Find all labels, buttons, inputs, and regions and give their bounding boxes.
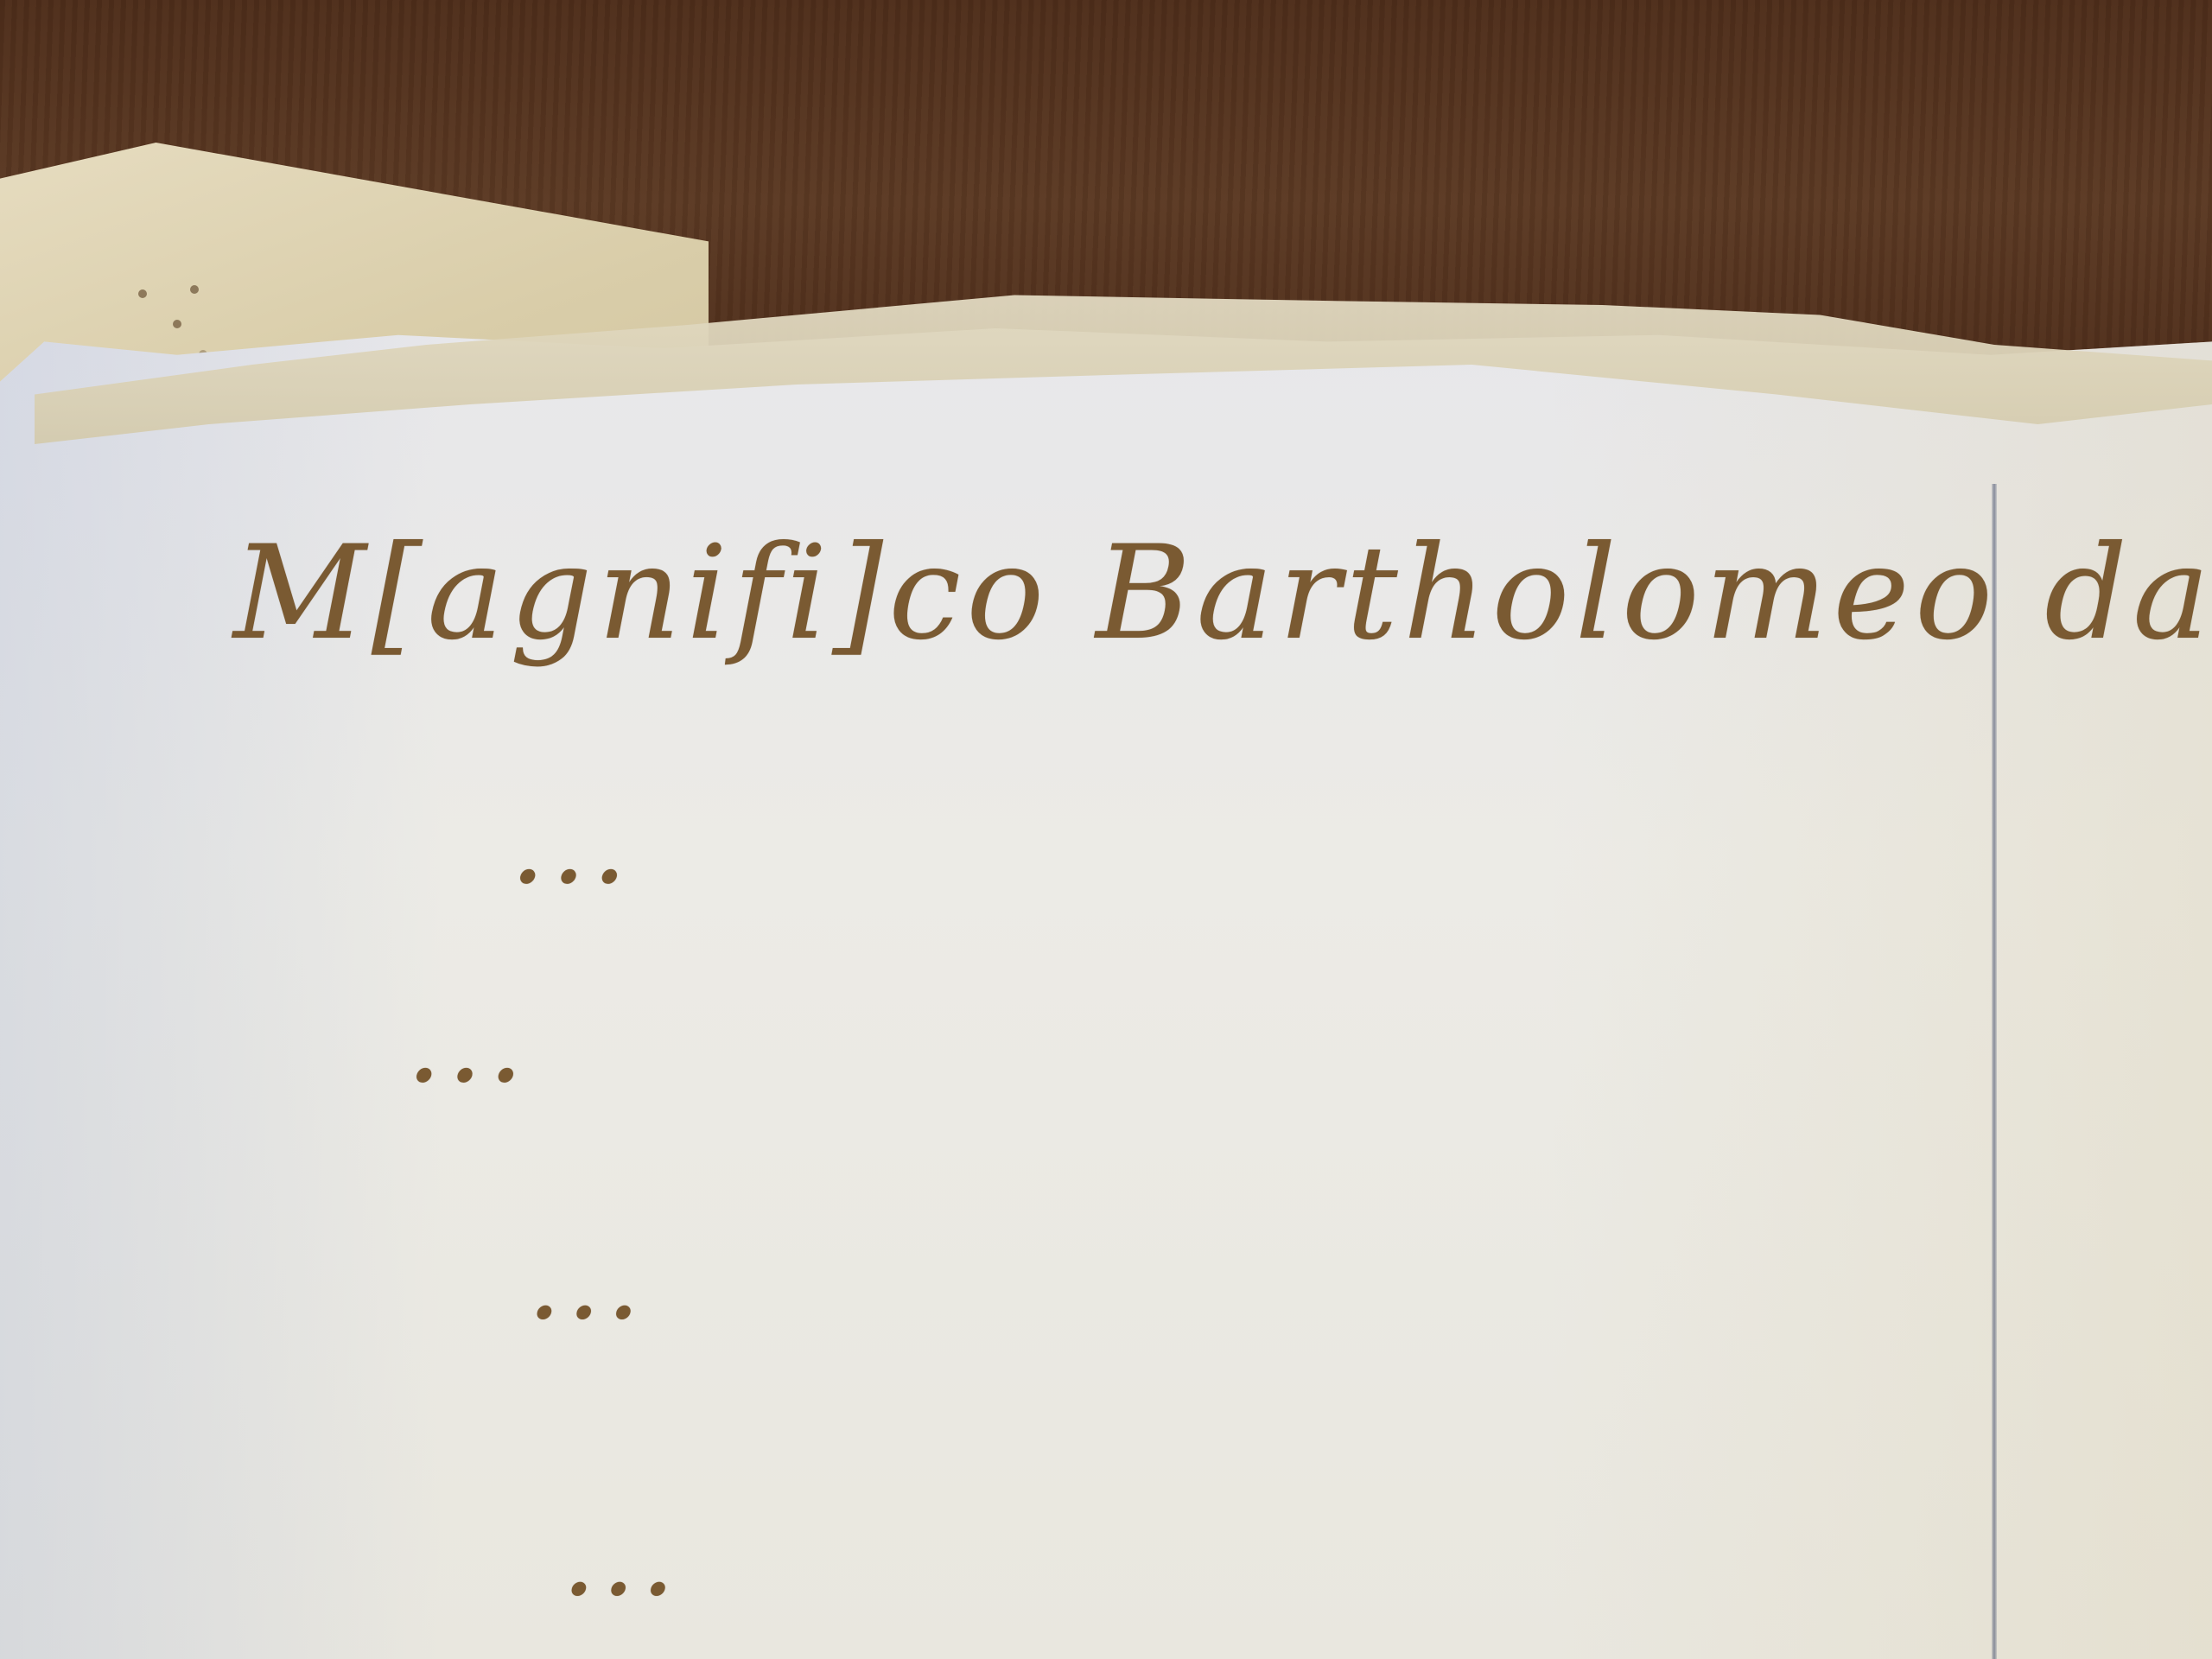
manuscript-line-3: ... <box>406 976 529 1108</box>
manuscript-line-2: ... <box>510 778 632 909</box>
manuscript-line-1: M[agnifi]co Bartholomeo da Bo[logna] <box>233 518 2212 669</box>
handwritten-text: M[agnifi]co Bartholomeo da Bo[logna] ...… <box>0 0 2212 1659</box>
manuscript-line-5: ... <box>562 1495 680 1620</box>
manuscript-line-4: ... <box>527 1218 645 1344</box>
